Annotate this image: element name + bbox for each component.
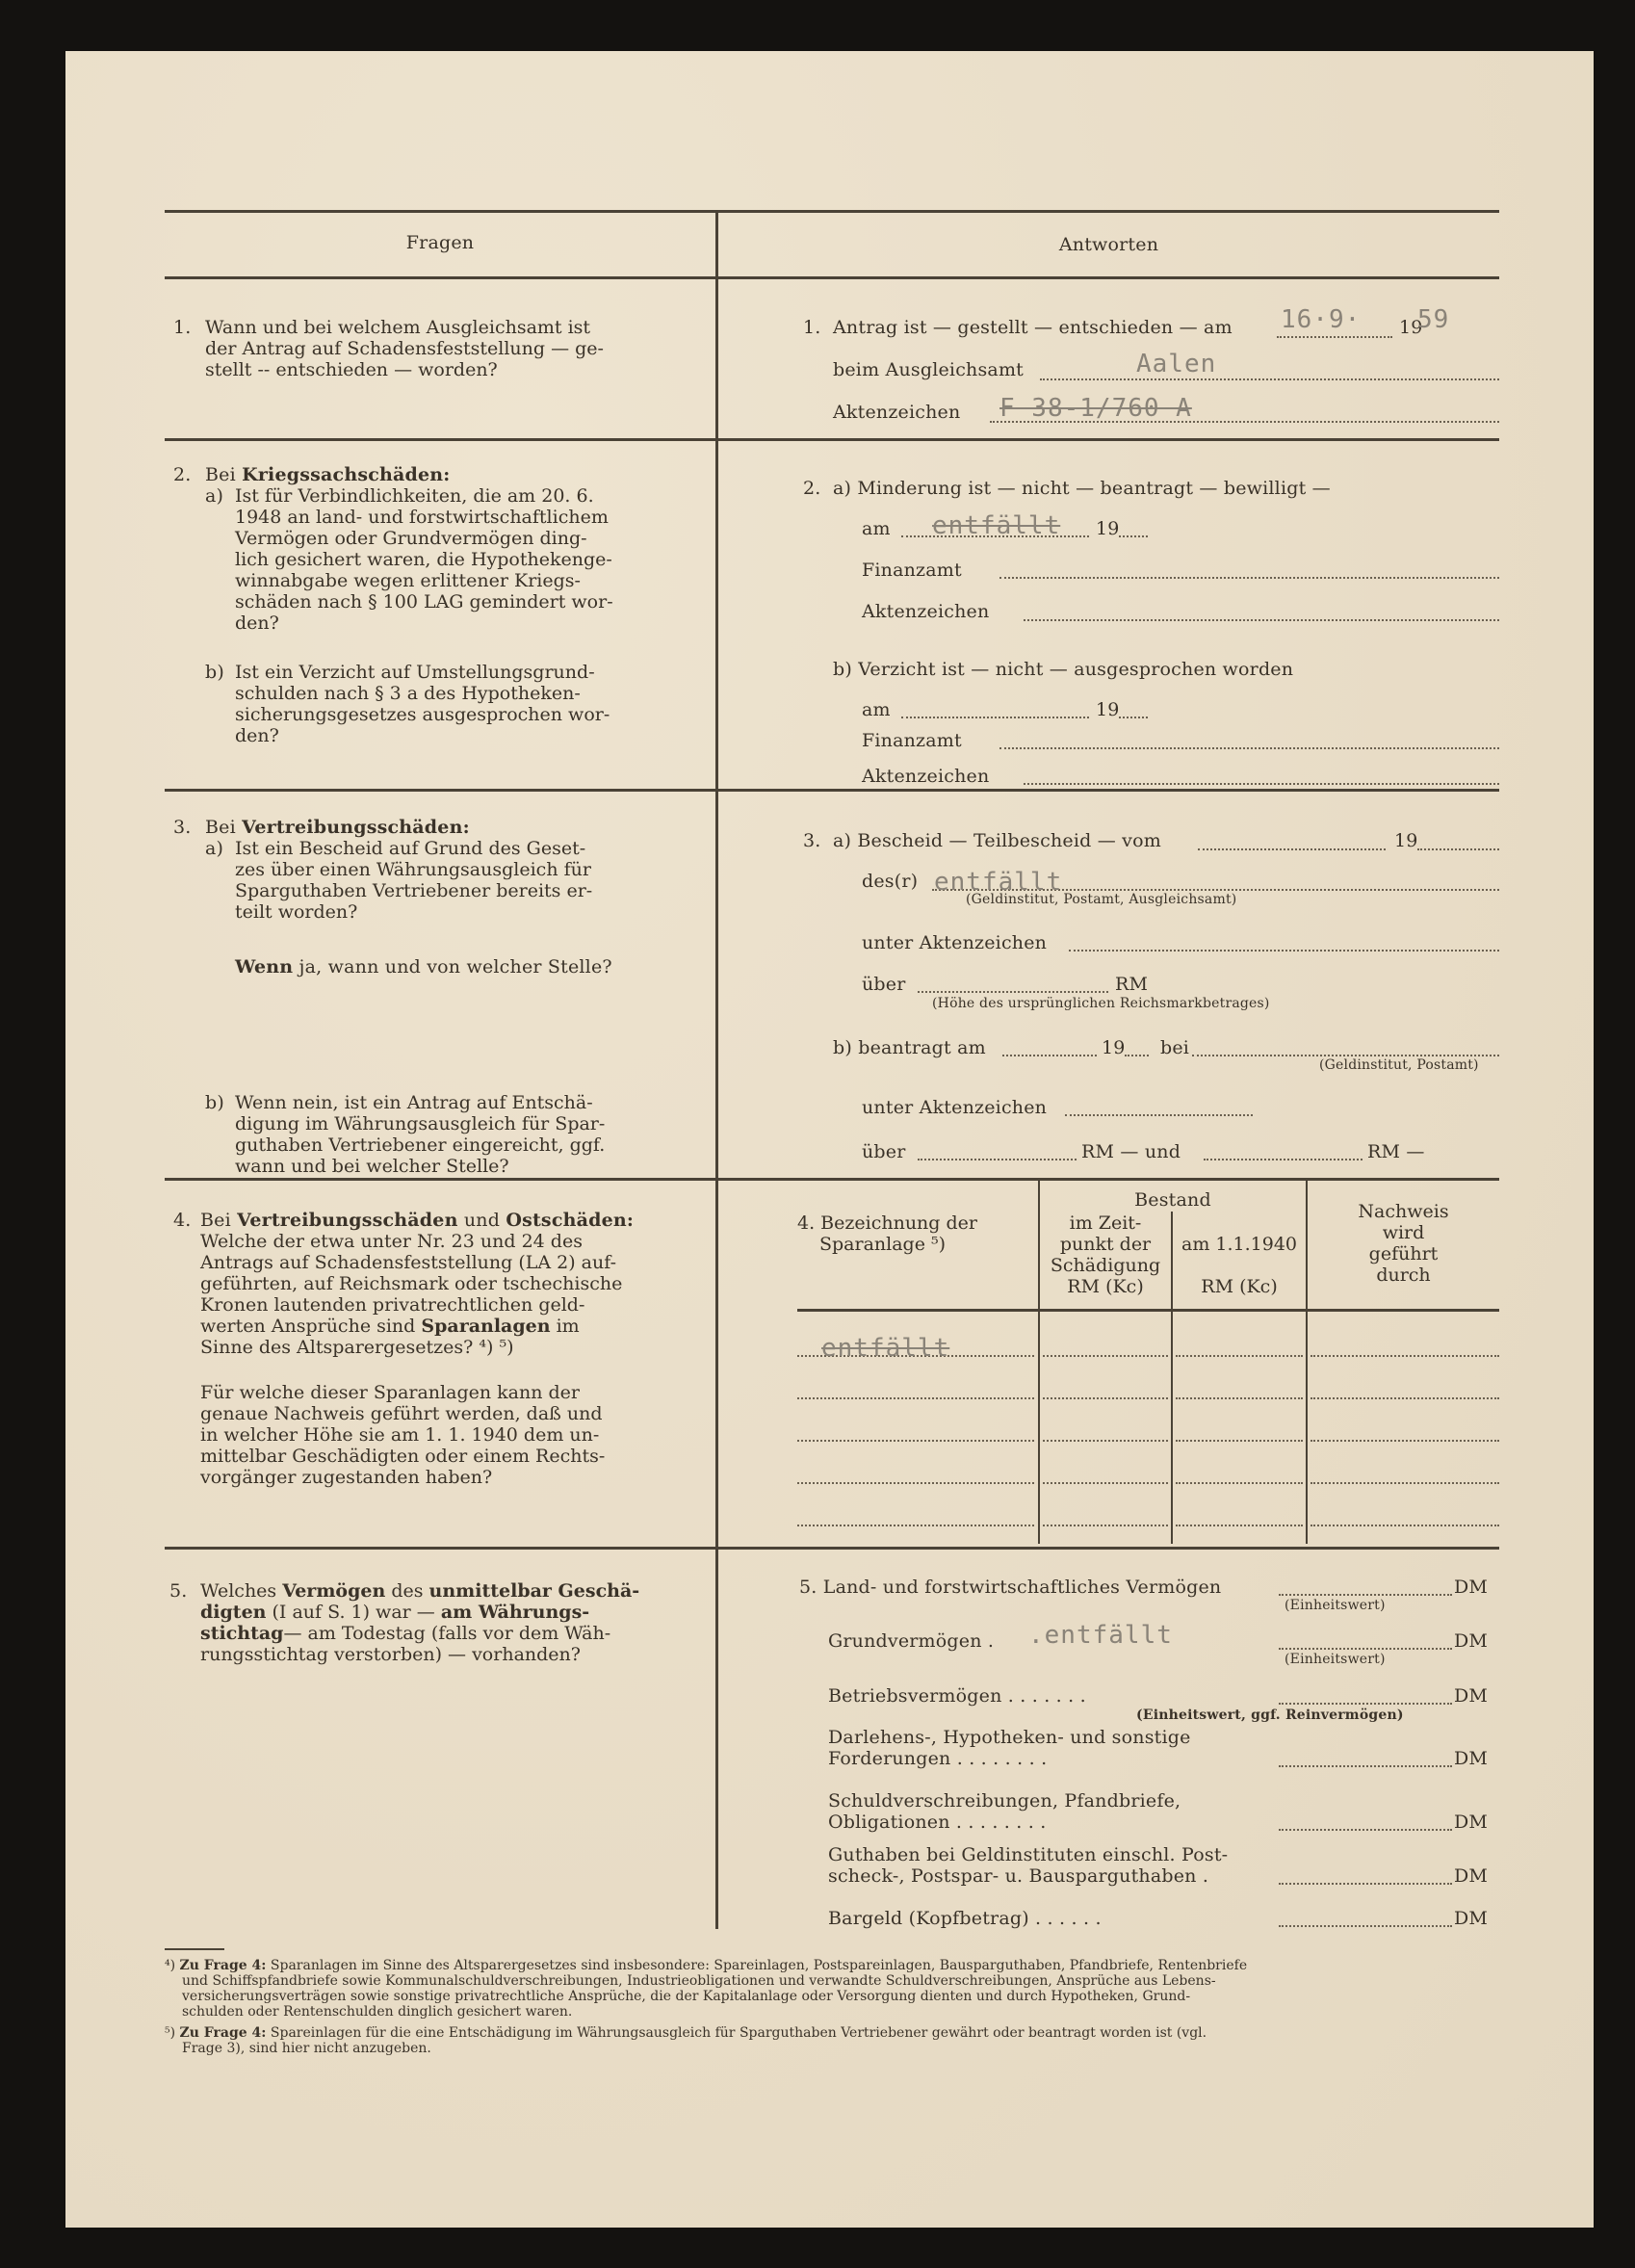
footnote-divider xyxy=(165,1948,224,1950)
header-answers: Antworten xyxy=(718,234,1499,255)
q5-guthaben-unit: DM xyxy=(1454,1865,1488,1887)
q3-title: Bei Vertreibungsschäden: xyxy=(205,817,470,838)
q3-b-unter-field[interactable] xyxy=(1065,1114,1253,1116)
q2-answer-number: 2. xyxy=(803,478,821,499)
q2-a-year: 19 xyxy=(1096,518,1120,539)
q3-b-label: b) xyxy=(205,1092,224,1113)
q1-file-value: F 38-1/760 A xyxy=(999,394,1192,423)
q5-grund-typed: .entfällt xyxy=(1028,1621,1173,1650)
q5-answer-darlehen-2: Forderungen . . . . . . . . xyxy=(828,1748,1047,1769)
header-questions: Fragen xyxy=(165,232,715,253)
q3-unter-label: unter Aktenzeichen xyxy=(862,932,1047,953)
q2-a-finanzamt-field[interactable] xyxy=(999,577,1499,579)
q5-land-unit: DM xyxy=(1454,1577,1488,1598)
q4-col-1940-header: am 1.1.1940 RM (Kc) xyxy=(1173,1234,1306,1297)
q4-question: Welche der etwa unter Nr. 23 und 24 des … xyxy=(200,1231,696,1358)
q2-bottom-rule xyxy=(165,789,1499,792)
q2-b-finanzamt-label: Finanzamt xyxy=(862,730,962,751)
q3-b-rm-end: RM — xyxy=(1367,1141,1425,1162)
q1-year-value: 59 xyxy=(1417,305,1449,334)
q5-answer-guthaben-1: Guthaben bei Geldinstituten einschl. Pos… xyxy=(828,1844,1228,1865)
q3-b-question: Wenn nein, ist ein Antrag auf Entschä- d… xyxy=(235,1092,697,1177)
q3-rm-hint: (Höhe des ursprünglichen Reichsmarkbetra… xyxy=(932,996,1270,1011)
q3-b-bei-field[interactable] xyxy=(1192,1055,1499,1056)
q5-darlehen-unit: DM xyxy=(1454,1748,1488,1769)
q2-a-am-label: am xyxy=(862,518,891,539)
q4-col-schaedigung-header: im Zeit- punkt der Schädigung RM (Kc) xyxy=(1040,1212,1171,1297)
q5-schuld-unit: DM xyxy=(1454,1812,1488,1833)
q2-b-date-field[interactable] xyxy=(901,717,1089,718)
q3-a-year-field[interactable] xyxy=(1417,848,1499,850)
q5-betrieb-field[interactable] xyxy=(1279,1703,1452,1705)
q3-b-ueber-label: über xyxy=(862,1141,906,1162)
q3-a-label: a) xyxy=(205,838,223,859)
q5-answer-schuld-1: Schuldverschreibungen, Pfandbriefe, xyxy=(828,1790,1181,1812)
top-rule xyxy=(165,210,1499,213)
q3-unter-field[interactable] xyxy=(1069,950,1499,952)
q3-b-bei: bei xyxy=(1160,1037,1189,1058)
q2-b-year: 19 xyxy=(1096,699,1120,720)
q3-bottom-rule xyxy=(165,1178,1499,1181)
q1-answer-number: 1. xyxy=(803,317,821,338)
q2-a-aktenzeichen-field[interactable] xyxy=(1024,619,1499,621)
q5-answer-darlehen-1: Darlehens-, Hypotheken- und sonstige xyxy=(828,1727,1191,1748)
q2-b-year-field[interactable] xyxy=(1119,717,1148,718)
q5-bargeld-unit: DM xyxy=(1454,1908,1488,1929)
q3-b-ueber-field1[interactable] xyxy=(918,1159,1077,1160)
q4-col-sparanlage-header: 4. Bezeichnung der Sparanlage ⁵) xyxy=(797,1212,1028,1255)
q5-answer-betrieb: Betriebsvermögen . . . . . . . xyxy=(828,1685,1086,1707)
q5-guthaben-field[interactable] xyxy=(1279,1883,1452,1885)
q5-number: 5. xyxy=(169,1580,188,1602)
q2-answer-b: b) Verzicht ist — nicht — ausgesprochen … xyxy=(833,659,1293,680)
q1-answer-line: Antrag ist — gestellt — entschieden — am xyxy=(833,317,1233,338)
q2-b-aktenzeichen-label: Aktenzeichen xyxy=(862,766,989,787)
footnote-5: ⁵) Zu Frage 4: Spareinlagen für die eine… xyxy=(165,2025,1207,2056)
q5-grund-field[interactable] xyxy=(1279,1648,1452,1650)
q2-number: 2. xyxy=(173,464,192,485)
q3-b-unter-label: unter Aktenzeichen xyxy=(862,1097,1047,1118)
q1-office-value: Aalen xyxy=(1136,350,1216,378)
q4-col-nachweis-header: Nachweis wird geführt durch xyxy=(1308,1201,1499,1286)
q5-schuld-field[interactable] xyxy=(1279,1829,1452,1831)
q1-question: Wann und bei welchem Ausgleichsamt ist d… xyxy=(205,317,696,380)
q3-a-year: 19 xyxy=(1394,830,1418,851)
q3-number: 3. xyxy=(173,817,192,838)
q5-question: Welches Vermögen des unmittelbar Geschä-… xyxy=(200,1580,696,1665)
q5-betrieb-hint: (Einheitswert, ggf. Reinvermögen) xyxy=(1136,1708,1404,1723)
q3-answer-number: 3. xyxy=(803,830,821,851)
q3-desr-hint: (Geldinstitut, Postamt, Ausgleichsamt) xyxy=(966,892,1236,907)
q5-bargeld-field[interactable] xyxy=(1279,1925,1452,1927)
q4-table-header-rule xyxy=(797,1309,1499,1312)
q2-title: Bei Kriegssachschäden: xyxy=(205,464,451,485)
q3-desr-label: des(r) xyxy=(862,871,918,892)
q5-land-field[interactable] xyxy=(1279,1594,1452,1596)
q5-grund-unit: DM xyxy=(1454,1630,1488,1652)
q2-a-finanzamt-label: Finanzamt xyxy=(862,560,962,581)
q4-title: Bei Vertreibungsschäden und Ostschäden: xyxy=(200,1210,634,1231)
q2-a-typed: entfällt xyxy=(932,511,1060,540)
q3-b-hint: (Geldinstitut, Postamt) xyxy=(1319,1057,1479,1073)
q5-answer-grund: Grundvermögen . xyxy=(828,1630,994,1652)
q5-answer-bargeld: Bargeld (Kopfbetrag) . . . . . . xyxy=(828,1908,1102,1929)
q3-b-rm-und: RM — und xyxy=(1081,1141,1181,1162)
q4-number: 4. xyxy=(173,1210,192,1231)
form-page: Fragen Antworten 1. Wann und bei welchem… xyxy=(65,51,1594,2228)
q3-b-year-field[interactable] xyxy=(1125,1055,1149,1056)
q5-darlehen-field[interactable] xyxy=(1279,1765,1452,1767)
q5-betrieb-unit: DM xyxy=(1454,1685,1488,1707)
q2-a-aktenzeichen-label: Aktenzeichen xyxy=(862,601,989,622)
q2-answer-a: a) Minderung ist — nicht — beantragt — b… xyxy=(833,478,1331,499)
q2-b-label: b) xyxy=(205,662,224,683)
q2-b-finanzamt-field[interactable] xyxy=(999,747,1499,749)
q1-bottom-rule xyxy=(165,438,1499,441)
q1-date-field[interactable] xyxy=(1277,336,1392,338)
q3-ueber-label: über xyxy=(862,974,906,995)
q3-rm: RM xyxy=(1115,974,1148,995)
q3-b-year: 19 xyxy=(1102,1037,1126,1058)
q1-file-label: Aktenzeichen xyxy=(833,402,960,423)
q4-bottom-rule xyxy=(165,1547,1499,1550)
q5-answer-land: 5. Land- und forstwirtschaftliches Vermö… xyxy=(799,1577,1221,1598)
q2-a-label: a) xyxy=(205,485,223,507)
q2-b-aktenzeichen-field[interactable] xyxy=(1024,783,1499,785)
header-bottom-rule xyxy=(165,276,1499,279)
q4-question-2: Für welche dieser Sparanlagen kann der g… xyxy=(200,1382,696,1488)
q4-col-bestand-header: Bestand xyxy=(1040,1189,1306,1211)
q5-land-hint: (Einheitswert) xyxy=(1285,1598,1386,1613)
q2-b-am-label: am xyxy=(862,699,891,720)
q1-date-value: 16·9· xyxy=(1281,305,1361,334)
q3-a-question: Ist ein Bescheid auf Grund des Geset- ze… xyxy=(235,838,697,923)
q4-row-typed: entfällt xyxy=(821,1334,949,1363)
q5-answer-guthaben-2: scheck-, Postspar- u. Bausparguthaben . xyxy=(828,1865,1208,1887)
column-divider xyxy=(715,212,718,1929)
q3-answer-a: a) Bescheid — Teilbescheid — vom xyxy=(833,830,1161,851)
q2-a-question: Ist für Verbindlichkeiten, die am 20. 6.… xyxy=(235,485,697,634)
q5-answer-schuld-2: Obligationen . . . . . . . . xyxy=(828,1812,1046,1833)
footnote-4: ⁴) Zu Frage 4: Sparanlagen im Sinne des … xyxy=(165,1958,1247,2020)
q1-office-label: beim Ausgleichsamt xyxy=(833,359,1024,380)
q3-ueber-field[interactable] xyxy=(918,991,1108,993)
q2-a-year-field[interactable] xyxy=(1119,535,1148,537)
q5-grund-hint: (Einheitswert) xyxy=(1285,1652,1386,1667)
q2-b-question: Ist ein Verzicht auf Umstellungsgrund- s… xyxy=(235,662,697,746)
q3-b-date-field[interactable] xyxy=(1002,1055,1097,1056)
q1-office-field[interactable] xyxy=(1040,378,1499,380)
q3-a-followup: Wenn ja, wann und von welcher Stelle? xyxy=(235,956,612,978)
q3-answer-b: b) beantragt am xyxy=(833,1037,986,1058)
q1-number: 1. xyxy=(173,317,192,338)
q3-a-date-field[interactable] xyxy=(1198,848,1386,850)
q3-b-ueber-field2[interactable] xyxy=(1204,1159,1362,1160)
